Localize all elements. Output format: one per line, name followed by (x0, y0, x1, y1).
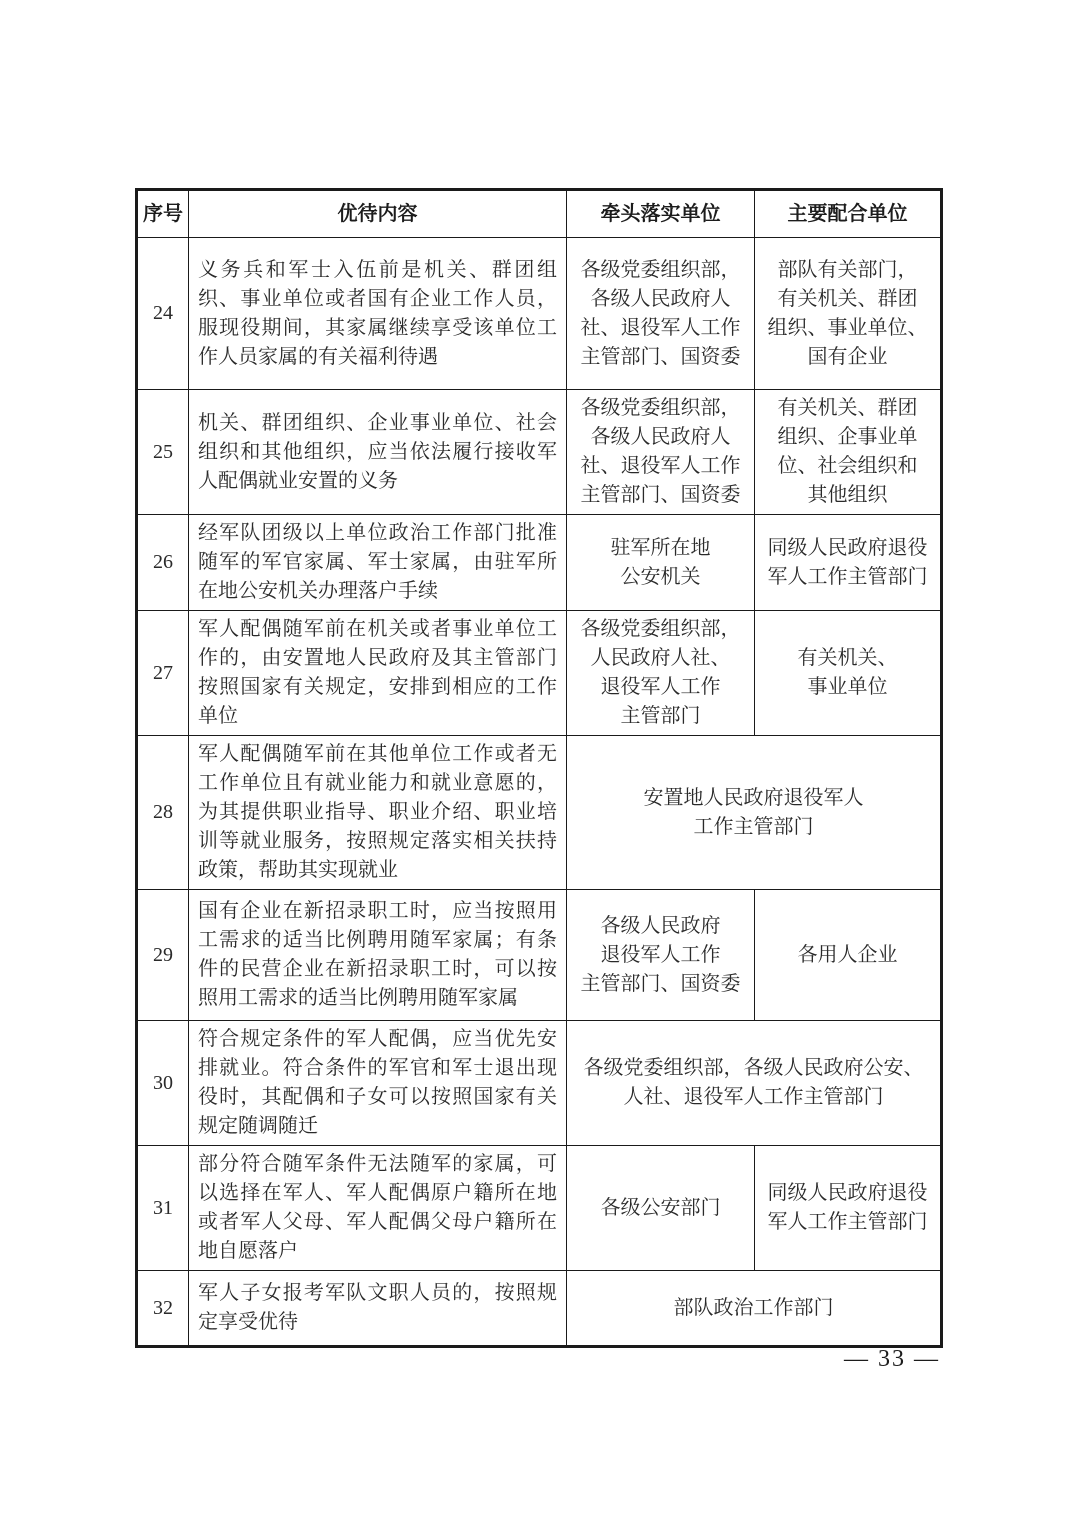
benefit-content-cell: 军人配偶随军前在其他单位工作或者无工作单位且有就业能力和就业意愿的，为其提供职业… (189, 736, 567, 890)
table-row-32: 32 军人子女报考军队文职人员的，按照规定享受优待 部队政治工作部门 (137, 1271, 942, 1347)
table-row-27: 27 军人配偶随军前在机关或者事业单位工作的，由安置地人民政府及其主管部门按照国… (137, 611, 942, 736)
row-number: 25 (137, 390, 189, 515)
table-row-28: 28 军人配偶随军前在其他单位工作或者无工作单位且有就业能力和就业意愿的，为其提… (137, 736, 942, 890)
coop-unit-cell: 同级人民政府退役 军人工作主管部门 (755, 515, 942, 611)
header-serial-number: 序号 (137, 190, 189, 238)
lead-unit-cell: 各级公安部门 (567, 1146, 755, 1271)
benefits-table: 序号 优待内容 牵头落实单位 主要配合单位 24 义务兵和军士入伍前是机关、群团… (135, 188, 943, 1348)
row-number: 28 (137, 736, 189, 890)
lead-unit-cell: 各级党委组织部， 各级人民政府人 社、退役军人工作 主管部门、国资委 (567, 238, 755, 390)
table-row-24: 24 义务兵和军士入伍前是机关、群团组织、事业单位或者国有企业工作人员，服现役期… (137, 238, 942, 390)
merged-units-cell: 部队政治工作部门 (567, 1271, 942, 1347)
row-number: 27 (137, 611, 189, 736)
coop-unit-cell: 有关机关、 事业单位 (755, 611, 942, 736)
row-number: 31 (137, 1146, 189, 1271)
benefit-content-cell: 义务兵和军士入伍前是机关、群团组织、事业单位或者国有企业工作人员，服现役期间，其… (189, 238, 567, 390)
page-number: — 33 — (844, 1346, 940, 1373)
header-coop-unit: 主要配合单位 (755, 190, 942, 238)
row-number: 32 (137, 1271, 189, 1347)
header-benefit-content: 优待内容 (189, 190, 567, 238)
row-number: 29 (137, 890, 189, 1021)
row-number: 26 (137, 515, 189, 611)
row-number: 30 (137, 1021, 189, 1146)
lead-unit-cell: 各级党委组织部， 各级人民政府人 社、退役军人工作 主管部门、国资委 (567, 390, 755, 515)
merged-units-cell: 各级党委组织部，各级人民政府公安、 人社、退役军人工作主管部门 (567, 1021, 942, 1146)
benefit-content-cell: 部分符合随军条件无法随军的家属，可以选择在军人、军人配偶原户籍所在地或者军人父母… (189, 1146, 567, 1271)
benefit-content-cell: 经军队团级以上单位政治工作部门批准随军的军官家属、军士家属，由驻军所在地公安机关… (189, 515, 567, 611)
benefit-content-cell: 军人子女报考军队文职人员的，按照规定享受优待 (189, 1271, 567, 1347)
document-page: 序号 优待内容 牵头落实单位 主要配合单位 24 义务兵和军士入伍前是机关、群团… (0, 0, 1074, 1514)
benefit-content-cell: 机关、群团组织、企业事业单位、社会组织和其他组织，应当依法履行接收军人配偶就业安… (189, 390, 567, 515)
table-row-25: 25 机关、群团组织、企业事业单位、社会组织和其他组织，应当依法履行接收军人配偶… (137, 390, 942, 515)
lead-unit-cell: 各级人民政府 退役军人工作 主管部门、国资委 (567, 890, 755, 1021)
benefit-content-cell: 国有企业在新招录职工时，应当按照用工需求的适当比例聘用随军家属；有条件的民营企业… (189, 890, 567, 1021)
table-row-30: 30 符合规定条件的军人配偶，应当优先安排就业。符合条件的军官和军士退出现役时，… (137, 1021, 942, 1146)
table-row-31: 31 部分符合随军条件无法随军的家属，可以选择在军人、军人配偶原户籍所在地或者军… (137, 1146, 942, 1271)
table-row-29: 29 国有企业在新招录职工时，应当按照用工需求的适当比例聘用随军家属；有条件的民… (137, 890, 942, 1021)
benefit-content-cell: 军人配偶随军前在机关或者事业单位工作的，由安置地人民政府及其主管部门按照国家有关… (189, 611, 567, 736)
lead-unit-cell: 各级党委组织部， 人民政府人社、 退役军人工作 主管部门 (567, 611, 755, 736)
table-header-row: 序号 优待内容 牵头落实单位 主要配合单位 (137, 190, 942, 238)
table-row-26: 26 经军队团级以上单位政治工作部门批准随军的军官家属、军士家属，由驻军所在地公… (137, 515, 942, 611)
coop-unit-cell: 同级人民政府退役 军人工作主管部门 (755, 1146, 942, 1271)
coop-unit-cell: 有关机关、群团 组织、企事业单 位、社会组织和 其他组织 (755, 390, 942, 515)
header-lead-unit: 牵头落实单位 (567, 190, 755, 238)
coop-unit-cell: 各用人企业 (755, 890, 942, 1021)
merged-units-cell: 安置地人民政府退役军人 工作主管部门 (567, 736, 942, 890)
lead-unit-cell: 驻军所在地 公安机关 (567, 515, 755, 611)
row-number: 24 (137, 238, 189, 390)
coop-unit-cell: 部队有关部门， 有关机关、群团 组织、事业单位、 国有企业 (755, 238, 942, 390)
benefit-content-cell: 符合规定条件的军人配偶，应当优先安排就业。符合条件的军官和军士退出现役时，其配偶… (189, 1021, 567, 1146)
